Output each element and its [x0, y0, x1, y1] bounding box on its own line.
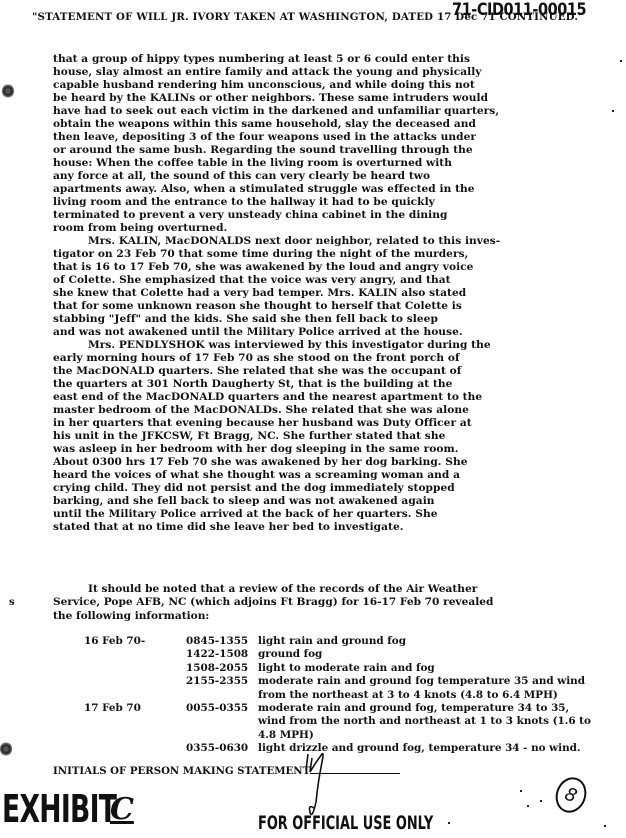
body-line: barking, and she fell back to sleep and … — [53, 495, 613, 508]
body-line: have had to seek out each victim in the … — [53, 105, 613, 118]
body-line: room from being overturned. — [53, 222, 613, 235]
weather-desc: moderate rain and ground fog temperature… — [258, 675, 585, 688]
body-line: terminated to prevent a very unsteady ch… — [53, 209, 613, 222]
scan-speck — [540, 800, 542, 802]
weather-paragraph: It should be noted that a review of the … — [53, 583, 623, 623]
body-line: his unit in the JFKCSW, Ft Bragg, NC. Sh… — [53, 430, 613, 443]
body-line: she knew that Colette had a very bad tem… — [53, 287, 613, 300]
scan-speck — [612, 110, 614, 112]
body-line: Mrs. PENDLYSHOK was interviewed by this … — [53, 339, 613, 352]
scan-speck — [527, 805, 529, 807]
weather-time: 0355-0630 — [186, 742, 248, 755]
body-line: master bedroom of the MacDONALDs. She re… — [53, 404, 613, 417]
hole-punch-mark-top — [2, 83, 14, 99]
statement-header: "STATEMENT OF WILL JR. IVORY TAKEN AT WA… — [32, 11, 581, 23]
document-page: 71-CID011-00015 "STATEMENT OF WILL JR. I… — [0, 0, 626, 838]
weather-desc: light to moderate rain and fog — [258, 662, 435, 675]
body-line: that for some unknown reason she thought… — [53, 300, 613, 313]
body-line: obtain the weapons within this same hous… — [53, 118, 613, 131]
weather-desc-continued: wind from the north and northeast at 1 t… — [258, 715, 591, 728]
weather-desc: moderate rain and ground fog, temperatur… — [258, 702, 569, 715]
body-line: then leave, depositing 3 of the four wea… — [53, 131, 613, 144]
weather-paragraph-line: the following information: — [53, 610, 623, 623]
exhibit-letter: C — [110, 792, 134, 827]
body-line: was asleep in her bedroom with her dog s… — [53, 443, 613, 456]
body-line: stated that at no time did she leave her… — [53, 521, 613, 534]
scan-speck — [604, 825, 606, 827]
weather-desc: light rain and ground fog — [258, 635, 406, 648]
weather-date: 17 Feb 70 — [84, 702, 141, 715]
body-line: living room and the entrance to the hall… — [53, 196, 613, 209]
body-line: heard the voices of what she thought was… — [53, 469, 613, 482]
body-line: house, slay almost an entire family and … — [53, 66, 613, 79]
body-line: early morning hours of 17 Feb 70 as she … — [53, 352, 613, 365]
body-line: any force at all, the sound of this can … — [53, 170, 613, 183]
scan-speck — [620, 60, 622, 62]
body-line: that a group of hippy types numbering at… — [53, 53, 613, 66]
body-line: that is 16 to 17 Feb 70, she was awakene… — [53, 261, 613, 274]
weather-time: 1508-2055 — [186, 662, 248, 675]
body-line: stabbing "Jeff" and the kids. She said s… — [53, 313, 613, 326]
weather-desc: ground fog — [258, 648, 322, 661]
scan-speck — [520, 790, 522, 792]
weather-time: 1422-1508 — [186, 648, 248, 661]
body-line: the quarters at 301 North Daugherty St, … — [53, 378, 613, 391]
body-line: and was not awakened until the Military … — [53, 326, 613, 339]
body-line: capable husband rendering him unconsciou… — [53, 79, 613, 92]
body-line: apartments away. Also, when a stimulated… — [53, 183, 613, 196]
weather-desc-continued: 4.8 MPH) — [258, 729, 314, 742]
margin-mark: s — [9, 597, 15, 608]
weather-paragraph-line: Service, Pope AFB, NC (which adjoins Ft … — [53, 596, 623, 609]
body-line: of Colette. She emphasized that the voic… — [53, 274, 613, 287]
body-line: or around the same bush. Regarding the s… — [53, 144, 613, 157]
body-line: Mrs. KALIN, MacDONALDS next door neighbo… — [53, 235, 613, 248]
weather-desc-continued: from the northeast at 3 to 4 knots (4.8 … — [258, 689, 558, 702]
body-line: crying child. They did not persist and t… — [53, 482, 613, 495]
body-line: in her quarters that evening because her… — [53, 417, 613, 430]
body-line: tigator on 23 Feb 70 that some time duri… — [53, 248, 613, 261]
body-line: until the Military Police arrived at the… — [53, 508, 613, 521]
classification-marking: FOR OFFICIAL USE ONLY — [258, 812, 433, 834]
body-line: east end of the MacDONALD quarters and t… — [53, 391, 613, 404]
scan-speck — [448, 822, 450, 824]
weather-paragraph-line: It should be noted that a review of the … — [53, 583, 623, 596]
weather-time: 2155-2355 — [186, 675, 248, 688]
body-line: About 0300 hrs 17 Feb 70 she was awakene… — [53, 456, 613, 469]
statement-body: that a group of hippy types numbering at… — [53, 53, 613, 534]
weather-time: 0055-0355 — [186, 702, 248, 715]
hole-punch-mark-bottom — [0, 741, 12, 757]
weather-date: 16 Feb 70- — [84, 635, 145, 648]
body-line: house: When the coffee table in the livi… — [53, 157, 613, 170]
weather-time: 0845-1355 — [186, 635, 248, 648]
page-number: 8 — [551, 773, 592, 817]
body-line: the MacDONALD quarters. She related that… — [53, 365, 613, 378]
initials-label: INITIALS OF PERSON MAKING STATEMENT — [53, 765, 310, 777]
exhibit-label: EXHIBIT — [2, 787, 116, 831]
body-line: be heard by the KALINs or other neighbor… — [53, 92, 613, 105]
